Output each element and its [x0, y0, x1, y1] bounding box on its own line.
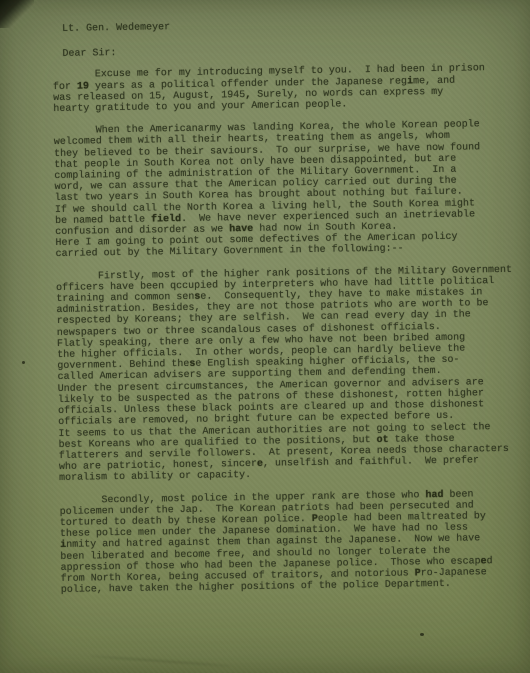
- recipient-line: Lt. Gen. Wedemeyer: [62, 17, 526, 35]
- letter-body: Excuse me for my introducing myself to y…: [53, 63, 530, 596]
- photo-background: Lt. Gen. Wedemeyer Dear Sir: Excuse me f…: [0, 0, 530, 673]
- paper-crease: [90, 655, 230, 667]
- letter-paragraph: Secondly, most police in the upper rank …: [59, 488, 530, 596]
- salutation-line: Dear Sir:: [62, 42, 526, 60]
- letter-paragraph: Firstly, most of the higher rank positio…: [56, 264, 530, 484]
- letter-paragraph: Excuse me for my introducing myself to y…: [53, 63, 528, 115]
- paper-speck: [420, 633, 424, 636]
- letter-paragraph: When the Americanarmy was landing Korea,…: [54, 119, 530, 261]
- paper-speck: [22, 361, 25, 364]
- letter-document: Lt. Gen. Wedemeyer Dear Sir: Excuse me f…: [52, 17, 530, 608]
- photo-corner-shadow: [0, 0, 34, 28]
